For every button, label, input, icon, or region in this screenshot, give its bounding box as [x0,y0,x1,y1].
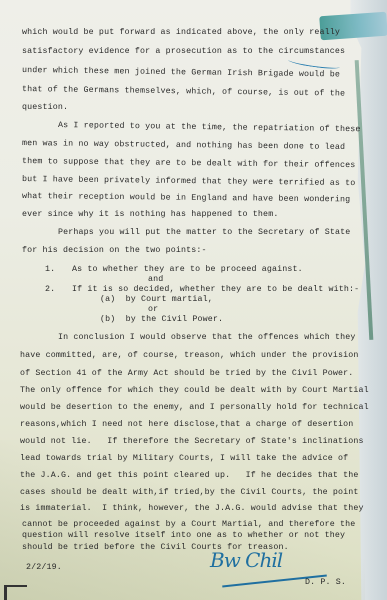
point-number: 2. [45,285,55,295]
text-line: cannot be proceeded against by a Court M… [22,520,355,530]
text-line: would not lie. If therefore the Secretar… [20,437,364,447]
point-text: If it is so decided, whether they are to… [72,285,359,295]
text-line: cases should be dealt with,if tried,by t… [20,488,359,498]
sub-point: (a) by Court martial, [100,295,213,305]
point-number: 1. [45,265,55,275]
text-line: lead towards trial by Military Courts, I… [20,454,348,464]
text-line: Perhaps you will put the matter to the S… [58,228,350,238]
conjunction: or [148,305,158,315]
corner-mark [4,585,27,600]
conjunction: and [148,275,163,285]
text-line: reasons,which I need not here disclose,t… [20,420,353,430]
sub-point: (b) by the Civil Power. [100,315,223,325]
text-line: satisfactory evidence for a prosecution … [22,47,345,57]
text-line: would be desertion to the enemy, and I p… [20,403,369,413]
date: 2/2/19. [26,563,62,573]
text-line: have committed, are, of course, treason,… [20,351,359,361]
text-line: question will resolve itself into one as… [22,531,345,541]
signoff: D. P. S. [305,578,346,588]
signature: Bw Chil [210,548,310,576]
text-line: the J.A.G. and get this point cleared up… [20,471,359,481]
text-line: of Section 41 of the Army Act should be … [20,369,353,379]
text-line: which would be put forward as indicated … [22,28,340,38]
text-line: question. [22,103,68,113]
text-line: In conclusion I would observe that the o… [58,333,355,343]
text-line: is immaterial. I think, however, the J.A… [20,504,364,514]
text-line: for his decision on the two points:- [22,246,207,256]
text-line: ever since why it is nothing has happene… [22,210,278,220]
point-text: As to whether they are to be proceed aga… [72,265,303,275]
text-line: The only offence for which they could be… [20,386,369,396]
